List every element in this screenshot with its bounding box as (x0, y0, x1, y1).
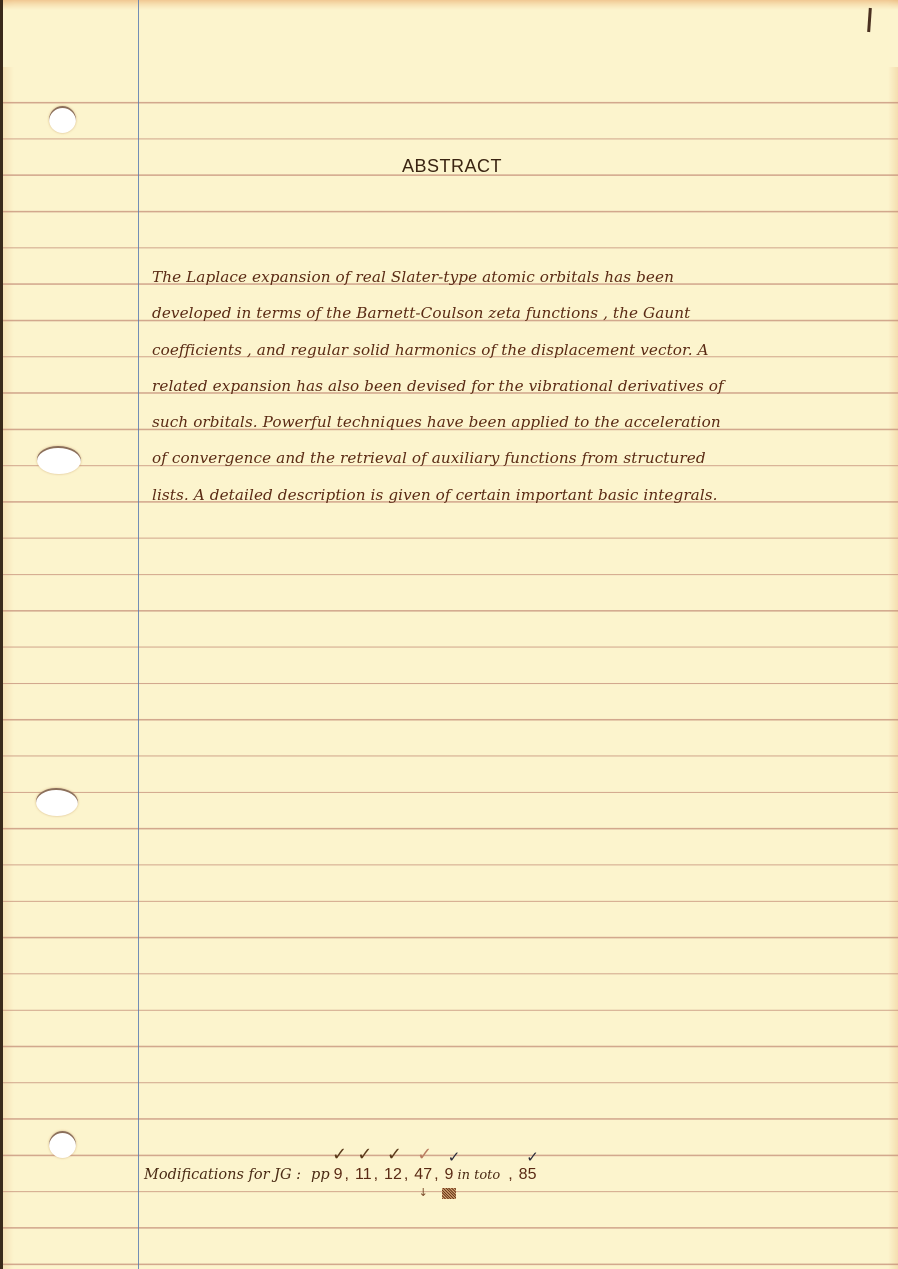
check-icon: ✓ (332, 1144, 347, 1165)
arrow-down-icon: ↓ (419, 1186, 428, 1199)
notebook-page: ABSTRACT The Laplace expansion of real S… (0, 0, 898, 1269)
separator: , (404, 1166, 408, 1184)
page-ref: 12 ✓ (384, 1166, 402, 1184)
modifications-label: Modifications for JG : (144, 1167, 301, 1183)
punch-hole (36, 788, 78, 816)
page-ref: 47 ✓ ↓ (414, 1166, 432, 1184)
separator: , (508, 1166, 512, 1184)
abstract-line: The Laplace expansion of real Slater-typ… (152, 259, 852, 295)
punch-hole (37, 446, 81, 474)
page-ref: 9 ✓ (445, 1166, 454, 1184)
page-ref: 85 ✓ (519, 1166, 537, 1184)
ruled-lines (0, 0, 898, 1269)
punch-hole (49, 1131, 76, 1158)
abstract-line: lists. A detailed description is given o… (152, 477, 852, 513)
abstract-line: coefficients , and regular solid harmoni… (152, 332, 852, 368)
abstract-body: The Laplace expansion of real Slater-typ… (152, 259, 852, 513)
modifications-note: Modifications for JG : pp 9 ✓ , 11 ✓ , 1… (144, 1166, 536, 1184)
check-icon: ✓ (526, 1148, 539, 1166)
check-icon: ✓ (357, 1144, 372, 1165)
separator: , (374, 1166, 378, 1184)
check-icon: ✓ (387, 1144, 402, 1165)
page-ref: 11 ✓ (355, 1166, 372, 1184)
pp-label: pp (311, 1167, 330, 1183)
page-ref: 9 ✓ (334, 1166, 343, 1184)
margin-line (138, 0, 139, 1269)
in-toto-note: in toto (457, 1168, 500, 1183)
abstract-line: of convergence and the retrieval of auxi… (152, 440, 852, 476)
separator: , (434, 1166, 438, 1184)
abstract-line: developed in terms of the Barnett-Coulso… (152, 295, 852, 331)
check-icon: ✓ (448, 1148, 461, 1166)
abstract-line: such orbitals. Powerful techniques have … (152, 404, 852, 440)
check-icon: ✓ (417, 1144, 432, 1165)
stamp-mark (442, 1188, 456, 1199)
page-edge (0, 0, 3, 1269)
punch-hole (49, 106, 76, 133)
abstract-line: related expansion has also been devised … (152, 368, 852, 404)
separator: , (345, 1166, 349, 1184)
page-title: ABSTRACT (402, 156, 502, 177)
